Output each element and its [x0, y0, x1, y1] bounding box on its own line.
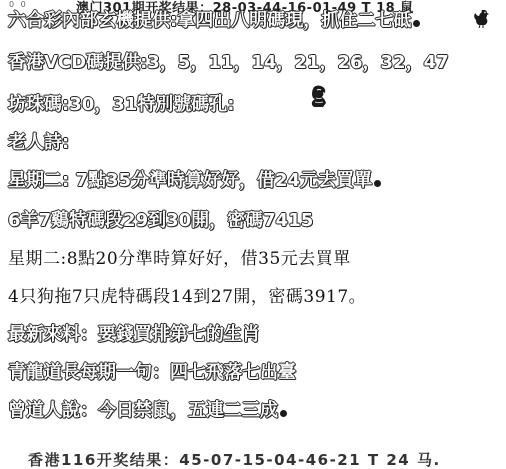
- line-text: 曾道人說：今日禁鼠，五連二三成: [8, 400, 278, 421]
- line-dog-tiger: 4只狗拖7只虎特碼段14到27開，密碼3917。: [8, 282, 366, 307]
- period-dot: [413, 20, 420, 27]
- line-text: 星期二: 7點35分準時算好好，借24元去買單: [8, 170, 372, 191]
- period-dot: [280, 410, 287, 417]
- period-dot: [374, 180, 381, 187]
- line-sheep-rooster: 6羊7鷄特碼段29到30開，密碼7415: [8, 206, 313, 232]
- line-text: 六合彩內部玄機提供:拿四出八明碼現，抓住二七砥: [8, 10, 411, 31]
- line-text: 4只狗拖7只虎特碼段14到27開，密碼3917。: [8, 287, 366, 307]
- hk-result-footer: 香港116开奖结果：45-07-15-04-46-21 T 24 马.: [28, 449, 441, 469]
- line-text: 老人詩:: [8, 132, 69, 153]
- line-text: 星期二:8點20分準時算好好，借35元去買單: [8, 249, 351, 269]
- rooster-icon: [472, 8, 492, 28]
- line-text: 青龍道長每期一句：四七飛落七出臺: [8, 362, 296, 383]
- line-inside-info: 六合彩內部玄機提供:拿四出八明碼現，抓住二七砥: [8, 6, 420, 32]
- line-zeng-daoren: 曾道人說：今日禁鼠，五連二三成: [8, 396, 287, 422]
- line-vcd-numbers: 香港VCD碼提供:3，5，11，14，21，26，32，47: [8, 48, 449, 74]
- line-text: 最新來料：要錢買排第七的生肖: [8, 324, 260, 345]
- line-text: 坊珠碼:30，31特別號碼孔:: [8, 94, 235, 115]
- dragon-icon: [308, 84, 330, 110]
- line-taoist-phrase: 青龍道長每期一句：四七飛落七出臺: [8, 358, 296, 384]
- line-text: 香港VCD碼提供:3，5，11，14，21，26，32，47: [8, 52, 449, 73]
- line-tuesday-2: 星期二:8點20分準時算好好，借35元去買單: [8, 244, 351, 269]
- line-text: 6羊7鷄特碼段29到30開，密碼7415: [8, 210, 313, 231]
- line-bead-numbers: 坊珠碼:30，31特別號碼孔:: [8, 90, 235, 116]
- line-tuesday-1: 星期二: 7點35分準時算好好，借24元去買單: [8, 166, 381, 192]
- line-latest-info: 最新來料：要錢買排第七的生肖: [8, 320, 260, 346]
- line-old-man-poem-title: 老人詩:: [8, 128, 69, 154]
